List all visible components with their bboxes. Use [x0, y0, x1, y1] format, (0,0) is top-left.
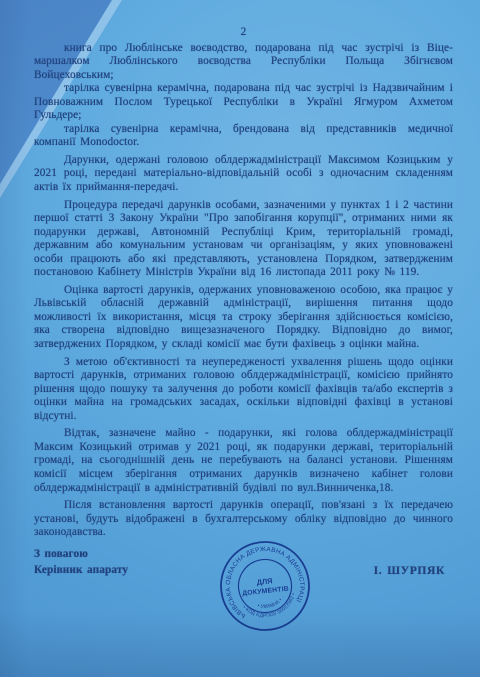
stamp-ring: ЛЬВІВСЬКА ОБЛАСНА ДЕРЖАВНА АДМІНІСТРАЦІЯ…: [211, 532, 319, 640]
stamp-center-text: ДЛЯ ДОКУМЕНТІВ: [241, 575, 289, 598]
page-number: 2: [34, 26, 453, 40]
list-item: тарілка сувенірна керамічна, брендована …: [34, 123, 453, 150]
list-item: тарілка сувенірна керамічна, подарована …: [34, 82, 453, 123]
scanned-document-page: 2 книга про Люблінське воєводство, подар…: [0, 0, 480, 677]
stamp-center-line2: ДОКУМЕНТІВ: [242, 586, 289, 598]
paragraph: Дарунки, одержані головою облдержадмініс…: [34, 154, 453, 195]
paragraph: Відтак, зазначене майно - подарунки, які…: [34, 427, 453, 495]
official-round-stamp-icon: ЛЬВІВСЬКА ОБЛАСНА ДЕРЖАВНА АДМІНІСТРАЦІЯ…: [185, 506, 345, 666]
paragraph: З метою об'єктивності та неупередженості…: [34, 356, 453, 424]
paragraph: Процедура передачі дарунків особами, заз…: [34, 199, 453, 280]
signature-name: І. ШУРПЯК: [374, 564, 445, 578]
stamp-center-line1: ДЛЯ: [256, 576, 273, 587]
paragraph: Оцінка вартості дарунків, одержаних упов…: [34, 284, 453, 352]
signature-title: Керівник апарату: [34, 564, 128, 578]
document-body: 2 книга про Люблінське воєводство, подар…: [34, 26, 453, 578]
list-item: книга про Люблінське воєводство, подаров…: [34, 42, 453, 83]
